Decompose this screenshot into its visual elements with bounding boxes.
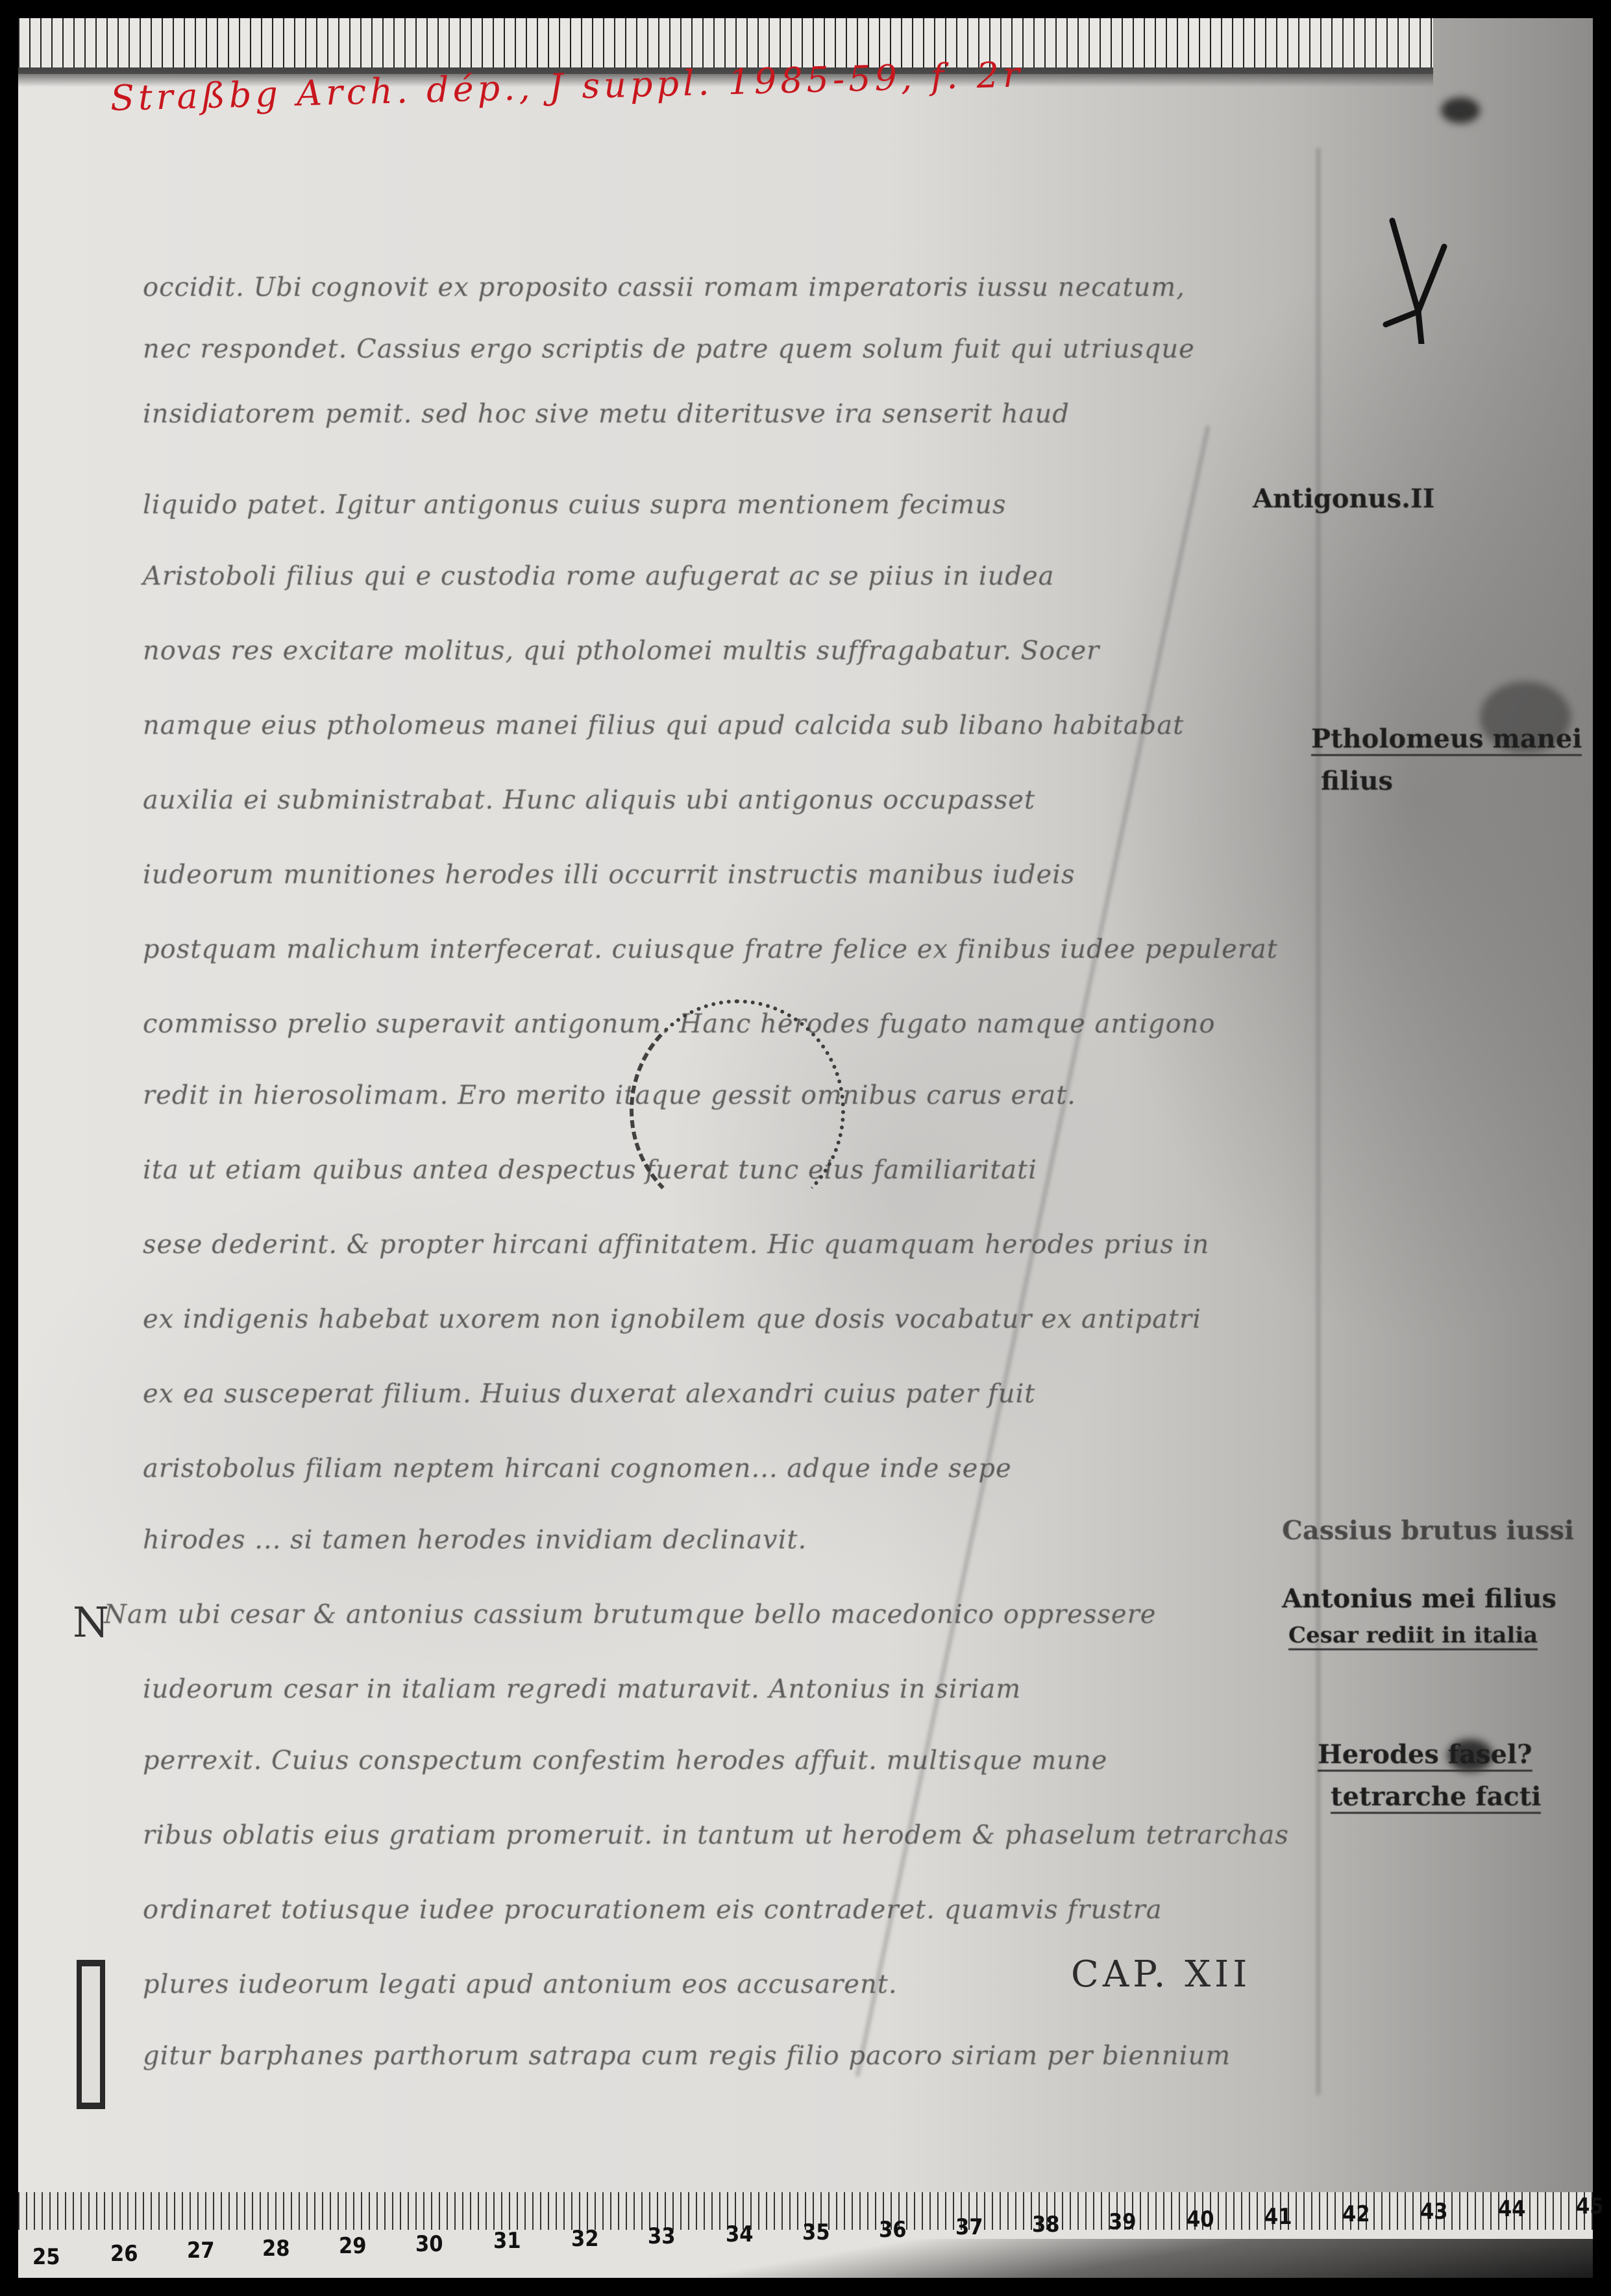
margin-note: tetrarche facti bbox=[1331, 1781, 1541, 1814]
ruler-label: 36 bbox=[879, 2217, 907, 2243]
margin-note: Ptholomeus manei bbox=[1311, 724, 1582, 756]
initial-letter-I bbox=[77, 1960, 105, 2109]
text-line: ex ea susceperat filium. Huius duxerat a… bbox=[143, 1379, 1035, 1409]
ruler-shadow bbox=[424, 2239, 1593, 2278]
ruler-label: 40 bbox=[1187, 2206, 1214, 2232]
ruler-label: 28 bbox=[262, 2236, 290, 2262]
bottom-ruler: 25 26 27 28 29 30 31 32 33 34 35 36 37 3… bbox=[18, 2192, 1593, 2278]
text-line: liquido patet. Igitur antigonus cuius su… bbox=[143, 490, 1006, 520]
text-line: occidit. Ubi cognovit ex proposito cassi… bbox=[143, 273, 1185, 302]
ruler-label: 30 bbox=[415, 2231, 443, 2257]
text-line: insidiatorem pemit. sed hoc sive metu di… bbox=[143, 399, 1070, 429]
text-line: Nam ubi cesar & antonius cassium brutumq… bbox=[104, 1600, 1156, 1630]
text-line: iudeorum munitiones herodes illi occurri… bbox=[143, 860, 1075, 890]
ruler-label: 38 bbox=[1032, 2212, 1060, 2238]
text-line: ita ut etiam quibus antea despectus fuer… bbox=[143, 1155, 1037, 1185]
ruler-label: 33 bbox=[648, 2223, 676, 2249]
text-line: auxilia ei subministrabat. Hunc aliquis … bbox=[143, 785, 1035, 815]
margin-note: Herodes fasel? bbox=[1318, 1739, 1532, 1772]
ruler-label: 39 bbox=[1109, 2209, 1137, 2235]
ruler-label: 34 bbox=[726, 2221, 754, 2247]
text-line: gitur barphanes parthorum satrapa cum re… bbox=[143, 2041, 1231, 2071]
text-line: aristobolus filiam neptem hircani cognom… bbox=[143, 1454, 1012, 1484]
ruler-label: 29 bbox=[339, 2233, 367, 2259]
ruler-label: 26 bbox=[110, 2241, 138, 2267]
text-line: commisso prelio superavit antigonum. Han… bbox=[143, 1009, 1216, 1039]
margin-note: Cesar rediit in italia bbox=[1288, 1622, 1538, 1650]
text-line: ordinaret totiusque iudee procurationem … bbox=[143, 1895, 1162, 1925]
y-margin-symbol-icon bbox=[1379, 214, 1457, 344]
ruler-label: 45 bbox=[1576, 2193, 1604, 2219]
margin-note: Antigonus.II bbox=[1253, 483, 1434, 514]
margin-note: Cassius brutus iussi bbox=[1282, 1515, 1574, 1546]
text-line: redit in hierosolimam. Ero merito itaque… bbox=[143, 1081, 1076, 1110]
text-line: nec respondet. Cassius ergo scriptis de … bbox=[143, 334, 1195, 364]
ink-stain bbox=[1441, 97, 1480, 123]
ruler-label: 41 bbox=[1264, 2204, 1292, 2230]
initial-letter-N: N bbox=[73, 1599, 109, 1647]
ruler-label: 37 bbox=[955, 2214, 983, 2240]
ruler-label: 31 bbox=[493, 2228, 521, 2254]
ruler-label: 44 bbox=[1498, 2196, 1526, 2222]
margin-note: filius bbox=[1321, 766, 1393, 796]
text-line: postquam malichum interfecerat. cuiusque… bbox=[143, 934, 1278, 964]
text-line: sese dederint. & propter hircani affinit… bbox=[143, 1230, 1209, 1260]
ruler-label: 42 bbox=[1342, 2201, 1370, 2227]
ruler-label: 27 bbox=[187, 2238, 215, 2264]
margin-note: Antonius mei filius bbox=[1282, 1583, 1556, 1614]
ruler-label: 32 bbox=[571, 2226, 599, 2252]
text-line: hirodes ... si tamen herodes invidiam de… bbox=[143, 1525, 807, 1555]
ruler-label: 25 bbox=[32, 2244, 60, 2270]
text-line: ribus oblatis eius gratiam promeruit. in… bbox=[143, 1820, 1289, 1850]
page-crease bbox=[1316, 148, 1320, 2095]
text-line: namque eius ptholomeus manei filius qui … bbox=[143, 711, 1184, 740]
chapter-heading: CAP. XII bbox=[1071, 1953, 1251, 1996]
ruler-label: 43 bbox=[1420, 2199, 1448, 2225]
text-line: ex indigenis habebat uxorem non ignobile… bbox=[143, 1304, 1201, 1334]
text-line: perrexit. Cuius conspectum confestim her… bbox=[143, 1746, 1107, 1776]
text-line: iudeorum cesar in italiam regredi matura… bbox=[143, 1674, 1021, 1704]
ruler-label: 35 bbox=[802, 2219, 830, 2245]
text-line: novas res excitare molitus, qui ptholome… bbox=[143, 636, 1100, 666]
text-line: Aristoboli filius qui e custodia rome au… bbox=[143, 561, 1054, 591]
text-line: plures iudeorum legati apud antonium eos… bbox=[143, 1970, 898, 1999]
